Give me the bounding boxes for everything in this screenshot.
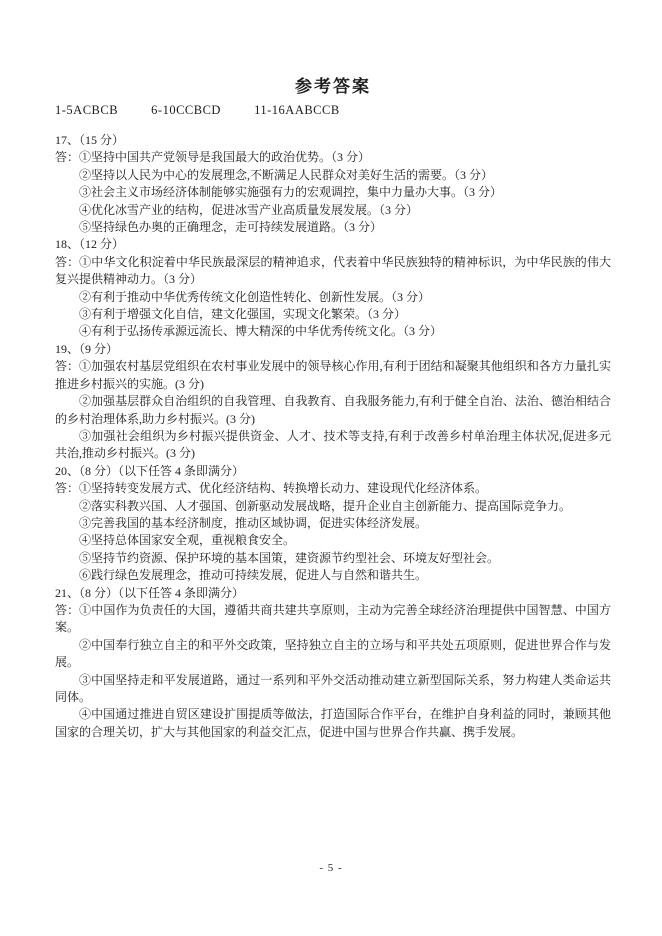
mc-answers-6-10: 6-10CCBCD (151, 102, 221, 119)
answer-line: 答：①坚持转变发展方式、优化经济结构、转换增长动力、建设现代化经济体系。 (55, 480, 611, 497)
answer-line: ③中国坚持走和平发展道路，通过一系列和平外交活动推动建立新型国际关系，努力构建人… (55, 672, 611, 707)
answer-line: ③有利于增强文化自信，建文化强国，实现文化繁荣。（3 分） (55, 306, 611, 323)
mc-answers-1-5: 1-5ACBCB (55, 102, 118, 119)
page-title: 参考答案 (55, 76, 611, 98)
answer-line: ⑤坚持节约资源、保护环境的基本国策，建资源节约型社会、环境友好型社会。 (55, 550, 611, 567)
answer-line: 答：①坚持中国共产党领导是我国最大的政治优势。（3 分） (55, 149, 611, 166)
answer-line: ⑥践行绿色发展理念，推动可持续发展，促进人与自然和谐共生。 (55, 567, 611, 584)
answer-line: ④坚持总体国家安全观，重视粮食安全。 (55, 532, 611, 549)
answer-line: ④优化冰雪产业的结构，促进冰雪产业高质量发展发展。（3 分） (55, 202, 611, 219)
answer-line: 答：①中国作为负责任的大国，遵循共商共建共享原则，主动为完善全球经济治理提供中国… (55, 602, 611, 637)
answer-line: ④中国通过推进自贸区建设扩围提质等做法，打造国际合作平台，在维护自身利益的同时，… (55, 706, 611, 741)
question-heading: 18、（12 分） (55, 236, 611, 253)
answer-section: 19、（9 分）答：①加强农村基层党组织在农村事业发展中的领导核心作用,有利于团… (55, 341, 611, 463)
answer-line: ③加强社会组织为乡村振兴提供资金、人才、技术等支持,有利于改善乡村单治理主体状况… (55, 428, 611, 463)
answer-section: 20、（8 分）（以下任答 4 条即满分）答：①坚持转变发展方式、优化经济结构、… (55, 463, 611, 585)
answer-line: 答：①中华文化积淀着中华民族最深层的精神追求，代表着中华民族独特的精神标识，为中… (55, 254, 611, 289)
document-page: 参考答案 1-5ACBCB 6-10CCBCD 11-16AABCCB 17、（… (0, 0, 662, 936)
answer-line: 答：①加强农村基层党组织在农村事业发展中的领导核心作用,有利于团结和凝聚其他组织… (55, 358, 611, 393)
question-heading: 20、（8 分）（以下任答 4 条即满分） (55, 463, 611, 480)
document-content: 参考答案 1-5ACBCB 6-10CCBCD 11-16AABCCB 17、（… (55, 76, 611, 741)
answer-section: 21、（8 分）（以下任答 4 条即满分）答：①中国作为负责任的大国，遵循共商共… (55, 585, 611, 742)
answer-line: ②有利于推动中华优秀传统文化创造性转化、创新性发展。（3 分） (55, 289, 611, 306)
mc-answers-11-16: 11-16AABCCB (254, 102, 340, 119)
question-heading: 17、（15 分） (55, 132, 611, 149)
page-number: - 5 - (0, 862, 662, 874)
answer-line: ③完善我国的基本经济制度，推动区域协调，促进实体经济发展。 (55, 515, 611, 532)
answer-line: ④有利于弘扬传承源远流长、博大精深的中华优秀传统文化。（3 分） (55, 323, 611, 340)
question-heading: 19、（9 分） (55, 341, 611, 358)
answers-list: 17、（15 分）答：①坚持中国共产党领导是我国最大的政治优势。（3 分）②坚持… (55, 132, 611, 741)
mc-answer-line: 1-5ACBCB 6-10CCBCD 11-16AABCCB (55, 102, 611, 119)
answer-line: ②加强基层群众自治组织的自我管理、自我教育、自我服务能力,有利于健全自治、法治、… (55, 393, 611, 428)
answer-line: ⑤坚持绿色办奥的正确理念，走可持续发展道路。（3 分） (55, 219, 611, 236)
answer-line: ②中国奉行独立自主的和平外交政策，坚持独立自主的立场与和平共处五项原则，促进世界… (55, 637, 611, 672)
question-heading: 21、（8 分）（以下任答 4 条即满分） (55, 585, 611, 602)
answer-section: 17、（15 分）答：①坚持中国共产党领导是我国最大的政治优势。（3 分）②坚持… (55, 132, 611, 236)
answer-line: ③社会主义市场经济体制能够实施强有力的宏观调控，集中力量办大事。（3 分） (55, 184, 611, 201)
answer-section: 18、（12 分）答：①中华文化积淀着中华民族最深层的精神追求，代表着中华民族独… (55, 236, 611, 340)
answer-line: ②落实科教兴国、人才强国、创新驱动发展战略，提升企业自主创新能力、提高国际竞争力… (55, 498, 611, 515)
answer-line: ②坚持以人民为中心的发展理念,不断满足人民群众对美好生活的需要。（3 分） (55, 167, 611, 184)
